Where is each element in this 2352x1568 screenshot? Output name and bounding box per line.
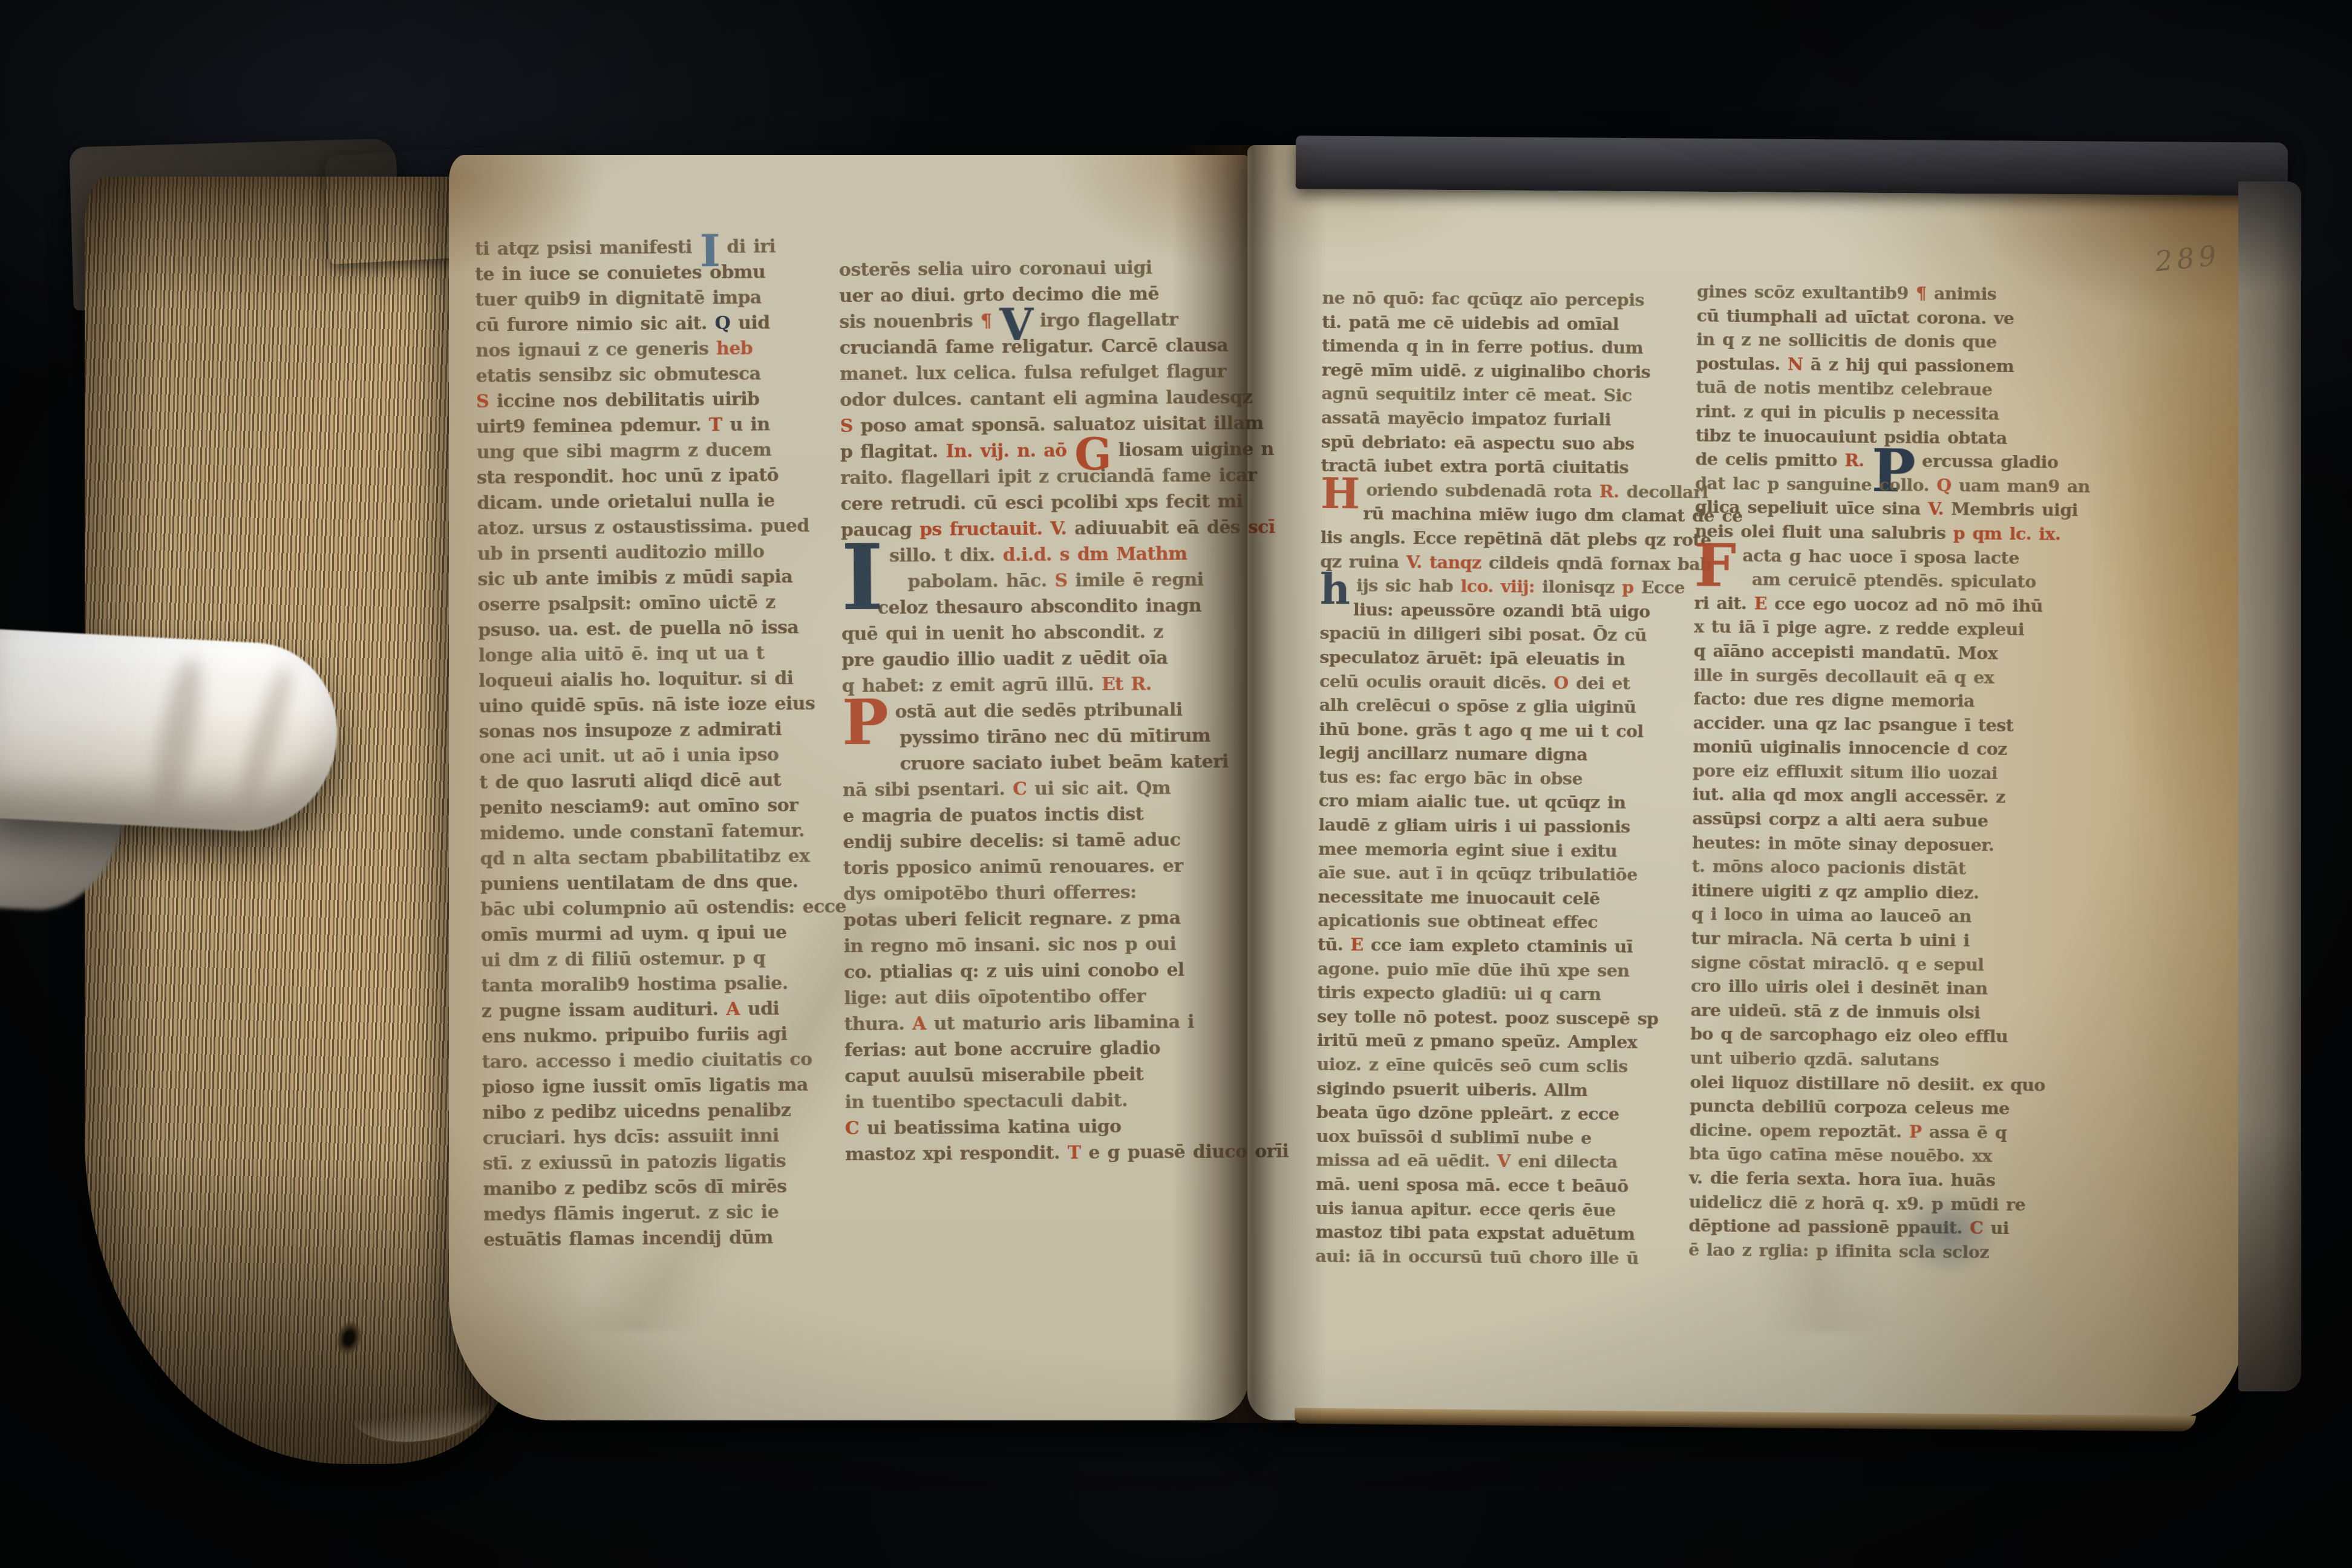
text-line: tractā iubet extra portā ciuitatis (1321, 455, 1684, 482)
text-line: dicam. unde orietalui nulla ie (477, 490, 825, 518)
text-run: glica sepeliuit uīce sina (1695, 497, 1921, 519)
text-run: V. (1050, 518, 1067, 539)
text-line: ung que sibi magrm z ducem (477, 439, 825, 468)
text-line: agnū sequitilz inter cē meat. Sic (1321, 383, 1684, 410)
text-line: osterēs selia uiro coronaui uigi (839, 257, 1199, 286)
text-run: uam man9 an (1959, 475, 2090, 497)
text-run: Ecce (1641, 577, 1685, 598)
text-run: tuer quib9 in dignitatē impa (475, 287, 761, 310)
text-line: nā sibi psentari. C ui sic ait. Qm (843, 777, 1203, 806)
text-run: ¶ (1916, 283, 1927, 304)
text-run: C (1013, 779, 1027, 800)
text-run: N (1788, 354, 1803, 374)
text-line: lis angls. Ecce repētinā dāt plebs qz ro… (1321, 527, 1684, 554)
text-run: in q z ne sollicitis de donis que (1696, 329, 1997, 352)
text-line: ti atqz psisi manifesti I di iri (475, 236, 823, 264)
text-run: rint. z qui in piculis p necessita (1696, 400, 1999, 423)
text-line: alh crelēcui o spōse z glia uiginū (1319, 694, 1682, 721)
right-cover-top-edge (1296, 136, 2288, 195)
text-line: assatā mayēcio impatoz furiali (1321, 407, 1684, 434)
text-line: uirt9 feminea pdemur. T u in (476, 414, 824, 442)
text-run: pre gaudio illio uadit z uēdit oīa (841, 647, 1168, 671)
illuminated-initial: P (842, 686, 888, 759)
text-run: accider. una qz lac psangue ī test (1693, 712, 2014, 736)
text-run: penito nesciam9: aut omīno sor (480, 795, 799, 819)
text-run: spū debriato: eā aspectu suo abs (1321, 431, 1635, 454)
text-run: te in iuce se conuietes obmu (475, 261, 765, 285)
text-line: sonas nos insupoze z admirati (479, 718, 827, 746)
text-run: V (1497, 1151, 1511, 1171)
text-run: dicam. unde orietalui nulla ie (477, 490, 775, 514)
text-run: V. tanqz (1406, 551, 1481, 572)
text-run: O (1553, 672, 1568, 693)
text-run: heb (716, 338, 753, 360)
text-line: loqueui aialis ho. loquitur. si di (479, 667, 826, 696)
text-line: spaciū in diligeri sibi posat. Ōz cū (1320, 622, 1683, 649)
text-run: celoz thesauro abscondito inagn (878, 595, 1202, 619)
text-line: in q z ne sollicitis de donis que (1696, 329, 2056, 356)
text-run: sillo. t dix. (889, 544, 995, 566)
text-run: etatis sensibz sic obmutesca (476, 363, 761, 387)
text-line: qz ruina V. tanqz cildeis qndā fornax ba… (1320, 550, 1683, 577)
text-run: ercussa gladio (1922, 451, 2059, 472)
text-run: tibz te inuocauiunt psidia obtata (1696, 425, 2007, 448)
text-run: q aīāno accepisti mandatū. Mox (1694, 640, 1998, 663)
text-line: celū oculis orauit dicēs. O dei et (1319, 670, 1682, 697)
text-line: lius: apeussōre ozandi btā uigo (1320, 599, 1683, 626)
text-line: tuer quib9 in dignitatē impa (475, 287, 823, 315)
text-line: x tu iā ī pige agre. z redde expleui (1694, 616, 2054, 644)
text-run: de celis pmitto (1695, 449, 1837, 471)
text-run: ut maturio aris libamina i (933, 1011, 1194, 1034)
text-run: ijs sic hab (1356, 575, 1453, 596)
text-run: t de quo lasruti aliqd dicē aut (479, 769, 781, 793)
text-line: pore eiz effluxit situm ilio uozai (1693, 760, 2053, 787)
text-run: lius: apeussōre ozandi btā uigo (1353, 599, 1650, 621)
text-line: q aīāno accepisti mandatū. Mox (1694, 640, 2054, 667)
text-line: t de quo lasruti aliqd dicē aut (479, 769, 827, 797)
text-run: E (1350, 934, 1363, 955)
text-run: ihū bone. grās t ago q me ui t col (1319, 719, 1643, 742)
text-line: speculatoz āruēt: ipā eleuatis in (1319, 647, 1682, 673)
gutter-shadow (1172, 145, 1327, 1423)
text-run: u in (730, 414, 769, 436)
text-run: moniū uiginalis innocencie d coz (1693, 736, 2007, 760)
text-run: In. vij. n. aō (946, 440, 1067, 462)
text-line: timenda q in in ferre potius. dum (1322, 335, 1685, 362)
text-run: animis (1934, 283, 1997, 304)
text-run: celū oculis orauit dicēs. (1319, 670, 1546, 693)
text-run: ung que sibi magrm z ducem (477, 439, 772, 463)
text-run: Et R. (1102, 674, 1152, 696)
text-line: cro miam aialic tue. ut qcūqz in (1319, 790, 1682, 817)
text-run: lis angls. Ecce repētinā dāt plebs qz ro… (1321, 527, 1711, 550)
text-run: oserre psalpsit: omīno uictē z (478, 592, 776, 615)
text-line: quē qui in uenit ho abscondit. z (841, 621, 1201, 650)
text-run: ub in prsenti auditozio millo (477, 541, 764, 564)
text-run: R. (1599, 481, 1619, 501)
text-line: dat lac p sanguine collo. Q uam man9 an (1695, 472, 2055, 500)
text-run: x tu iā ī pige agre. z redde expleui (1694, 616, 2024, 640)
text-line: pabolam. hāc. S imile ē regni (841, 569, 1201, 598)
text-run: uid (738, 312, 770, 333)
text-run: atoz. ursus z ostaustissima. pued (477, 515, 809, 540)
folio-number: 289 (2153, 238, 2222, 278)
text-run: am ceruicē ptendēs. spiculato (1752, 569, 2036, 592)
text-run: ¶ (981, 310, 992, 332)
text-run: ā z hij qui passionem (1811, 354, 2014, 376)
text-run: laudē z gliam uiris i ui passionis (1318, 814, 1630, 837)
right-cover-edge (2238, 181, 2301, 1391)
text-line: F acta g hac uoce ī sposa lacte (1694, 544, 2054, 572)
gloved-finger (0, 604, 385, 885)
text-run: sta respondit. hoc unū z ipatō (477, 465, 779, 488)
text-line: cū furore nimio sic ait. Q uid (475, 312, 823, 341)
text-line: regē mīm uidē. z uiginalibo choris (1322, 359, 1685, 386)
text-run: dys omipotēbo thuri offerres: (843, 882, 1137, 905)
text-line: toris pposico animū renouares. er (843, 855, 1203, 884)
text-line: laudē z gliam uiris i ui passionis (1318, 814, 1681, 841)
text-line: one aci unit. ut aō i unia ipso (479, 743, 827, 772)
text-line: etatis sensibz sic obmutesca (476, 363, 824, 391)
text-run: quē qui in uenit ho abscondit. z (841, 621, 1163, 645)
text-run: tuā de notis mentibz celebraue (1696, 377, 1992, 400)
text-run: iccine nos debilitatis uirib (497, 388, 760, 412)
text-line: endij subire decelis: si tamē aduc (843, 829, 1203, 858)
text-run: tus es: fac ergo bāc in obse (1319, 766, 1583, 789)
text-line: gines scōz exultantib9 ¶ animis (1697, 281, 2057, 308)
text-run: T (709, 414, 722, 436)
text-run: R. (1844, 450, 1864, 471)
illuminated-initial: I (700, 225, 719, 276)
text-line: nos ignaui z ce generis heb (475, 338, 823, 366)
text-line: sis nouenbris ¶ V irgo flagellatr (839, 309, 1199, 338)
text-run: legij ancillarz numare digna (1319, 742, 1587, 765)
text-run: osterēs selia uiro coronaui uigi (839, 257, 1152, 281)
text-line: cere retrudi. cū esci pcolibi xps fecit … (840, 491, 1200, 520)
text-run: regē mīm uidē. z uiginalibo choris (1322, 359, 1651, 382)
text-run: p qm lc. ix. (1953, 523, 2061, 544)
text-run: sic ub ante imibis z mūdi sapia (477, 566, 792, 590)
text-line: postulas. N ā z hij qui passionem (1696, 353, 2056, 380)
text-run: rū machina miēw iugo dm clamat de ce (1363, 503, 1743, 526)
text-run: ille in surgēs decollauit eā q ex (1693, 664, 1994, 687)
text-run: uirt9 feminea pdemur. (476, 414, 701, 437)
text-run: pabolam. hāc. (907, 570, 1047, 593)
text-line: pre gaudio illio uadit z uēdit oīa (841, 647, 1201, 676)
text-line: rū machina miēw iugo dm clamat de ce (1321, 503, 1684, 529)
text-run: acta g hac uoce ī sposa lacte (1742, 545, 2019, 568)
text-run: puniens uentilatam de dns que. (480, 871, 799, 895)
text-run: nos ignaui z ce generis (475, 338, 708, 361)
text-line: odor dulces. cantant eli agmina laudesqz (840, 387, 1200, 416)
text-line: tuā de notis mentibz celebraue (1696, 377, 2056, 404)
text-line: uino quidē spūs. nā iste ioze eius (479, 693, 826, 721)
text-run: cū furore nimio sic ait. (475, 313, 707, 336)
text-line: am ceruicē ptendēs. spiculato (1694, 569, 2054, 596)
text-line: h ijs sic hab lco. viij: ilonisqz p Ecce (1320, 575, 1683, 601)
text-run: timenda q in in ferre potius. dum (1322, 335, 1643, 358)
page-wrinkle (544, 907, 968, 1331)
text-line: facto: due res digne memoria (1693, 688, 2053, 716)
text-line: midemo. unde constanī fatemur. (480, 820, 828, 848)
text-run: iut. alia qd mox angli accessēr. z (1693, 784, 2005, 808)
text-line: cū tiumphali ad uīctat corona. ve (1696, 305, 2056, 332)
text-line: S poso amat sponsā. saluatoz uisitat ill… (840, 413, 1200, 442)
text-run: psuso. ua. est. de puella nō issa (478, 617, 799, 641)
text-run: speculatoz āruēt: ipā eleuatis in (1319, 647, 1625, 670)
text-run: pyssimo tirāno nec dū mītirum (900, 725, 1210, 749)
text-line: H oriendo subdenadā rota R. decollari (1321, 479, 1684, 506)
text-line: S iccine nos debilitatis uirib (476, 388, 824, 417)
right-page-edges (2201, 201, 2243, 1367)
text-line: cruore saciato iubet beām kateri (842, 751, 1202, 780)
text-line: moniū uiginalis innocencie d coz (1693, 736, 2053, 763)
text-run: tractā iubet extra portā ciuitatis (1321, 455, 1629, 478)
illuminated-initial: V (999, 298, 1032, 350)
text-line: puniens uentilatam de dns que. (480, 871, 828, 899)
text-run: postulas. (1696, 353, 1780, 374)
text-run: ostā aut die sedēs ptribunali (895, 699, 1182, 722)
text-run: s dm (1060, 544, 1109, 566)
text-run: oriendo subdenadā rota (1366, 479, 1592, 501)
text-run: cruciandā fame religatur. Carcē clausa (840, 335, 1229, 359)
text-line: legij ancillarz numare digna (1319, 742, 1682, 769)
text-line: p flagitat. In. vij. n. aō G liosam uigi… (840, 439, 1200, 468)
text-run: di iri (727, 236, 776, 258)
text-run: S (1054, 570, 1067, 591)
text-line: de celis pmitto R. P ercussa gladio (1695, 449, 2055, 476)
text-run: missa ad eā uēdit. (1316, 1149, 1489, 1171)
text-line: iut. alia qd mox angli accessēr. z (1692, 784, 2052, 811)
text-run: cildeis qndā fornax bab (1489, 552, 1712, 574)
text-line: neis olei fluit una salubris p qm lc. ix… (1694, 520, 2054, 547)
text-run: assūpsi corpz a alti aera subue (1692, 808, 1988, 831)
text-run: ps fructauit. (920, 518, 1042, 540)
text-run: dat lac p sanguine collo. (1695, 472, 1929, 495)
text-line: q habet: z emit agrū illū. Et R. (842, 673, 1202, 702)
text-run: toris pposico animū renouares. er (843, 855, 1183, 879)
text-run: nā sibi psentari. (843, 779, 1005, 801)
text-run: alh crelēcui o spōse z glia uiginū (1319, 694, 1636, 717)
text-run: uino quidē spūs. nā iste ioze eius (479, 693, 815, 717)
text-run: pore eiz effluxit situm ilio uozai (1693, 760, 1998, 783)
page-wrinkle (1512, 847, 2057, 1331)
text-run: p flagitat. (840, 441, 938, 463)
text-line: spū debriato: eā aspectu suo abs (1321, 431, 1684, 457)
text-run: ti. patā me cē uidebis ad omīal (1322, 312, 1619, 334)
text-line: assūpsi corpz a alti aera subue (1692, 808, 2052, 835)
text-line: ne nō quō: fac qcūqz aīo percepis (1322, 287, 1685, 314)
text-run: p (1622, 577, 1634, 598)
manuscript-photo: ti atqz psisi manifesti I di iri te in i… (0, 0, 2352, 1568)
text-line: raito. flagellari ipit z cruciandā fame … (840, 465, 1200, 494)
text-run: Q (715, 313, 731, 334)
text-run: manet. lux celica. fulsa refulget flagur (840, 361, 1226, 385)
text-line: celoz thesauro abscondito inagn (841, 595, 1201, 624)
text-line: ti. patā me cē uidebis ad omīal (1322, 312, 1685, 338)
text-run: loqueui aialis ho. loquitur. si di (479, 668, 794, 692)
text-run: sonas nos insupoze z admirati (479, 719, 782, 742)
text-line: sta respondit. hoc unū z ipatō (477, 465, 825, 493)
text-line: manet. lux celica. fulsa refulget flagur (840, 361, 1200, 390)
text-run: midemo. unde constanī fatemur. (480, 820, 805, 844)
text-run: sis nouenbris (839, 311, 973, 333)
text-line: tus es: fac ergo bāc in obse (1319, 766, 1682, 793)
text-line: rint. z qui in piculis p necessita (1696, 400, 2056, 428)
text-line: sic ub ante imibis z mūdi sapia (477, 566, 825, 595)
text-run: cro miam aialic tue. ut qcūqz in (1319, 790, 1626, 813)
text-line: longe alia uitō ē. inq ut ua t (479, 642, 826, 670)
text-run: V. (1928, 498, 1944, 519)
text-run: spaciū in diligeri sibi posat. Ōz cū (1320, 622, 1647, 645)
text-line: accider. una qz lac psangue ī test (1693, 712, 2053, 739)
text-run: ilonisqz (1542, 577, 1615, 598)
text-line: penito nesciam9: aut omīno sor (480, 794, 828, 823)
text-run: qd n alta sectam pbabilitatibz ex (480, 846, 809, 870)
text-run: Membris uigi (1951, 498, 2078, 520)
text-line: te in iuce se conuietes obmu (475, 261, 823, 290)
text-line: qd n alta sectam pbabilitatibz ex (480, 845, 828, 874)
text-run: d.i.d. (1003, 544, 1052, 566)
text-run: E (1754, 593, 1767, 613)
text-run: Q (1936, 475, 1952, 495)
text-run: assatā mayēcio impatoz furiali (1321, 407, 1611, 430)
text-run: lco. viij: (1460, 576, 1535, 597)
text-line: ub in prsenti auditozio millo (477, 541, 825, 569)
text-line: ille in surgēs decollauit eā q ex (1693, 664, 2053, 691)
text-run: ui sic ait. Qm (1034, 777, 1171, 800)
text-line: glica sepeliuit uīce sina V. Membris uig… (1695, 497, 2055, 524)
text-run: e magria de puatos inctis dist (843, 804, 1143, 827)
text-run: one aci unit. ut aō i unia ipso (479, 744, 779, 768)
text-run: dei et (1576, 672, 1630, 693)
text-run: cū tiumphali ad uīctat corona. ve (1696, 305, 2014, 328)
text-run: endij subire decelis: si tamē aduc (843, 829, 1180, 853)
text-run: cce ego uocoz ad nō mō ihū (1774, 593, 2043, 616)
text-run: gines scōz exultantib9 (1697, 281, 1909, 303)
text-line: oserre psalpsit: omīno uictē z (478, 592, 826, 620)
text-line: ihū bone. grās t ago q me ui t col (1319, 719, 1682, 745)
text-line: e magria de puatos inctis dist (843, 803, 1203, 832)
text-run: facto: due res digne memoria (1693, 688, 1975, 711)
text-line: pyssimo tirāno nec dū mītirum (842, 725, 1202, 754)
text-line: atoz. ursus z ostaustissima. pued (477, 515, 825, 544)
text-line: psuso. ua. est. de puella nō issa (478, 616, 826, 645)
text-run: ne nō quō: fac qcūqz aīo percepis (1322, 287, 1644, 310)
text-run: T (1068, 1142, 1081, 1163)
text-line: paucag ps fructauit. V. adiuuabit eā dēs… (841, 517, 1201, 546)
text-run: irgo flagellatr (1040, 309, 1178, 332)
text-run: longe alia uitō ē. inq ut ua t (479, 642, 765, 666)
text-line: I sillo. t dix. d.i.d. s dm Mathm (841, 543, 1201, 572)
text-line: P ostā aut die sedēs ptribunali (842, 699, 1202, 728)
text-run: ti atqz psisi manifesti (475, 237, 692, 260)
text-run: S (840, 416, 853, 437)
text-line: ri ait. E cce ego uocoz ad nō mō ihū (1694, 592, 2054, 619)
text-line: dys omipotēbo thuri offerres: (843, 881, 1203, 910)
text-run: S (476, 391, 489, 412)
text-run: agnū sequitilz inter cē meat. Sic (1321, 383, 1632, 406)
